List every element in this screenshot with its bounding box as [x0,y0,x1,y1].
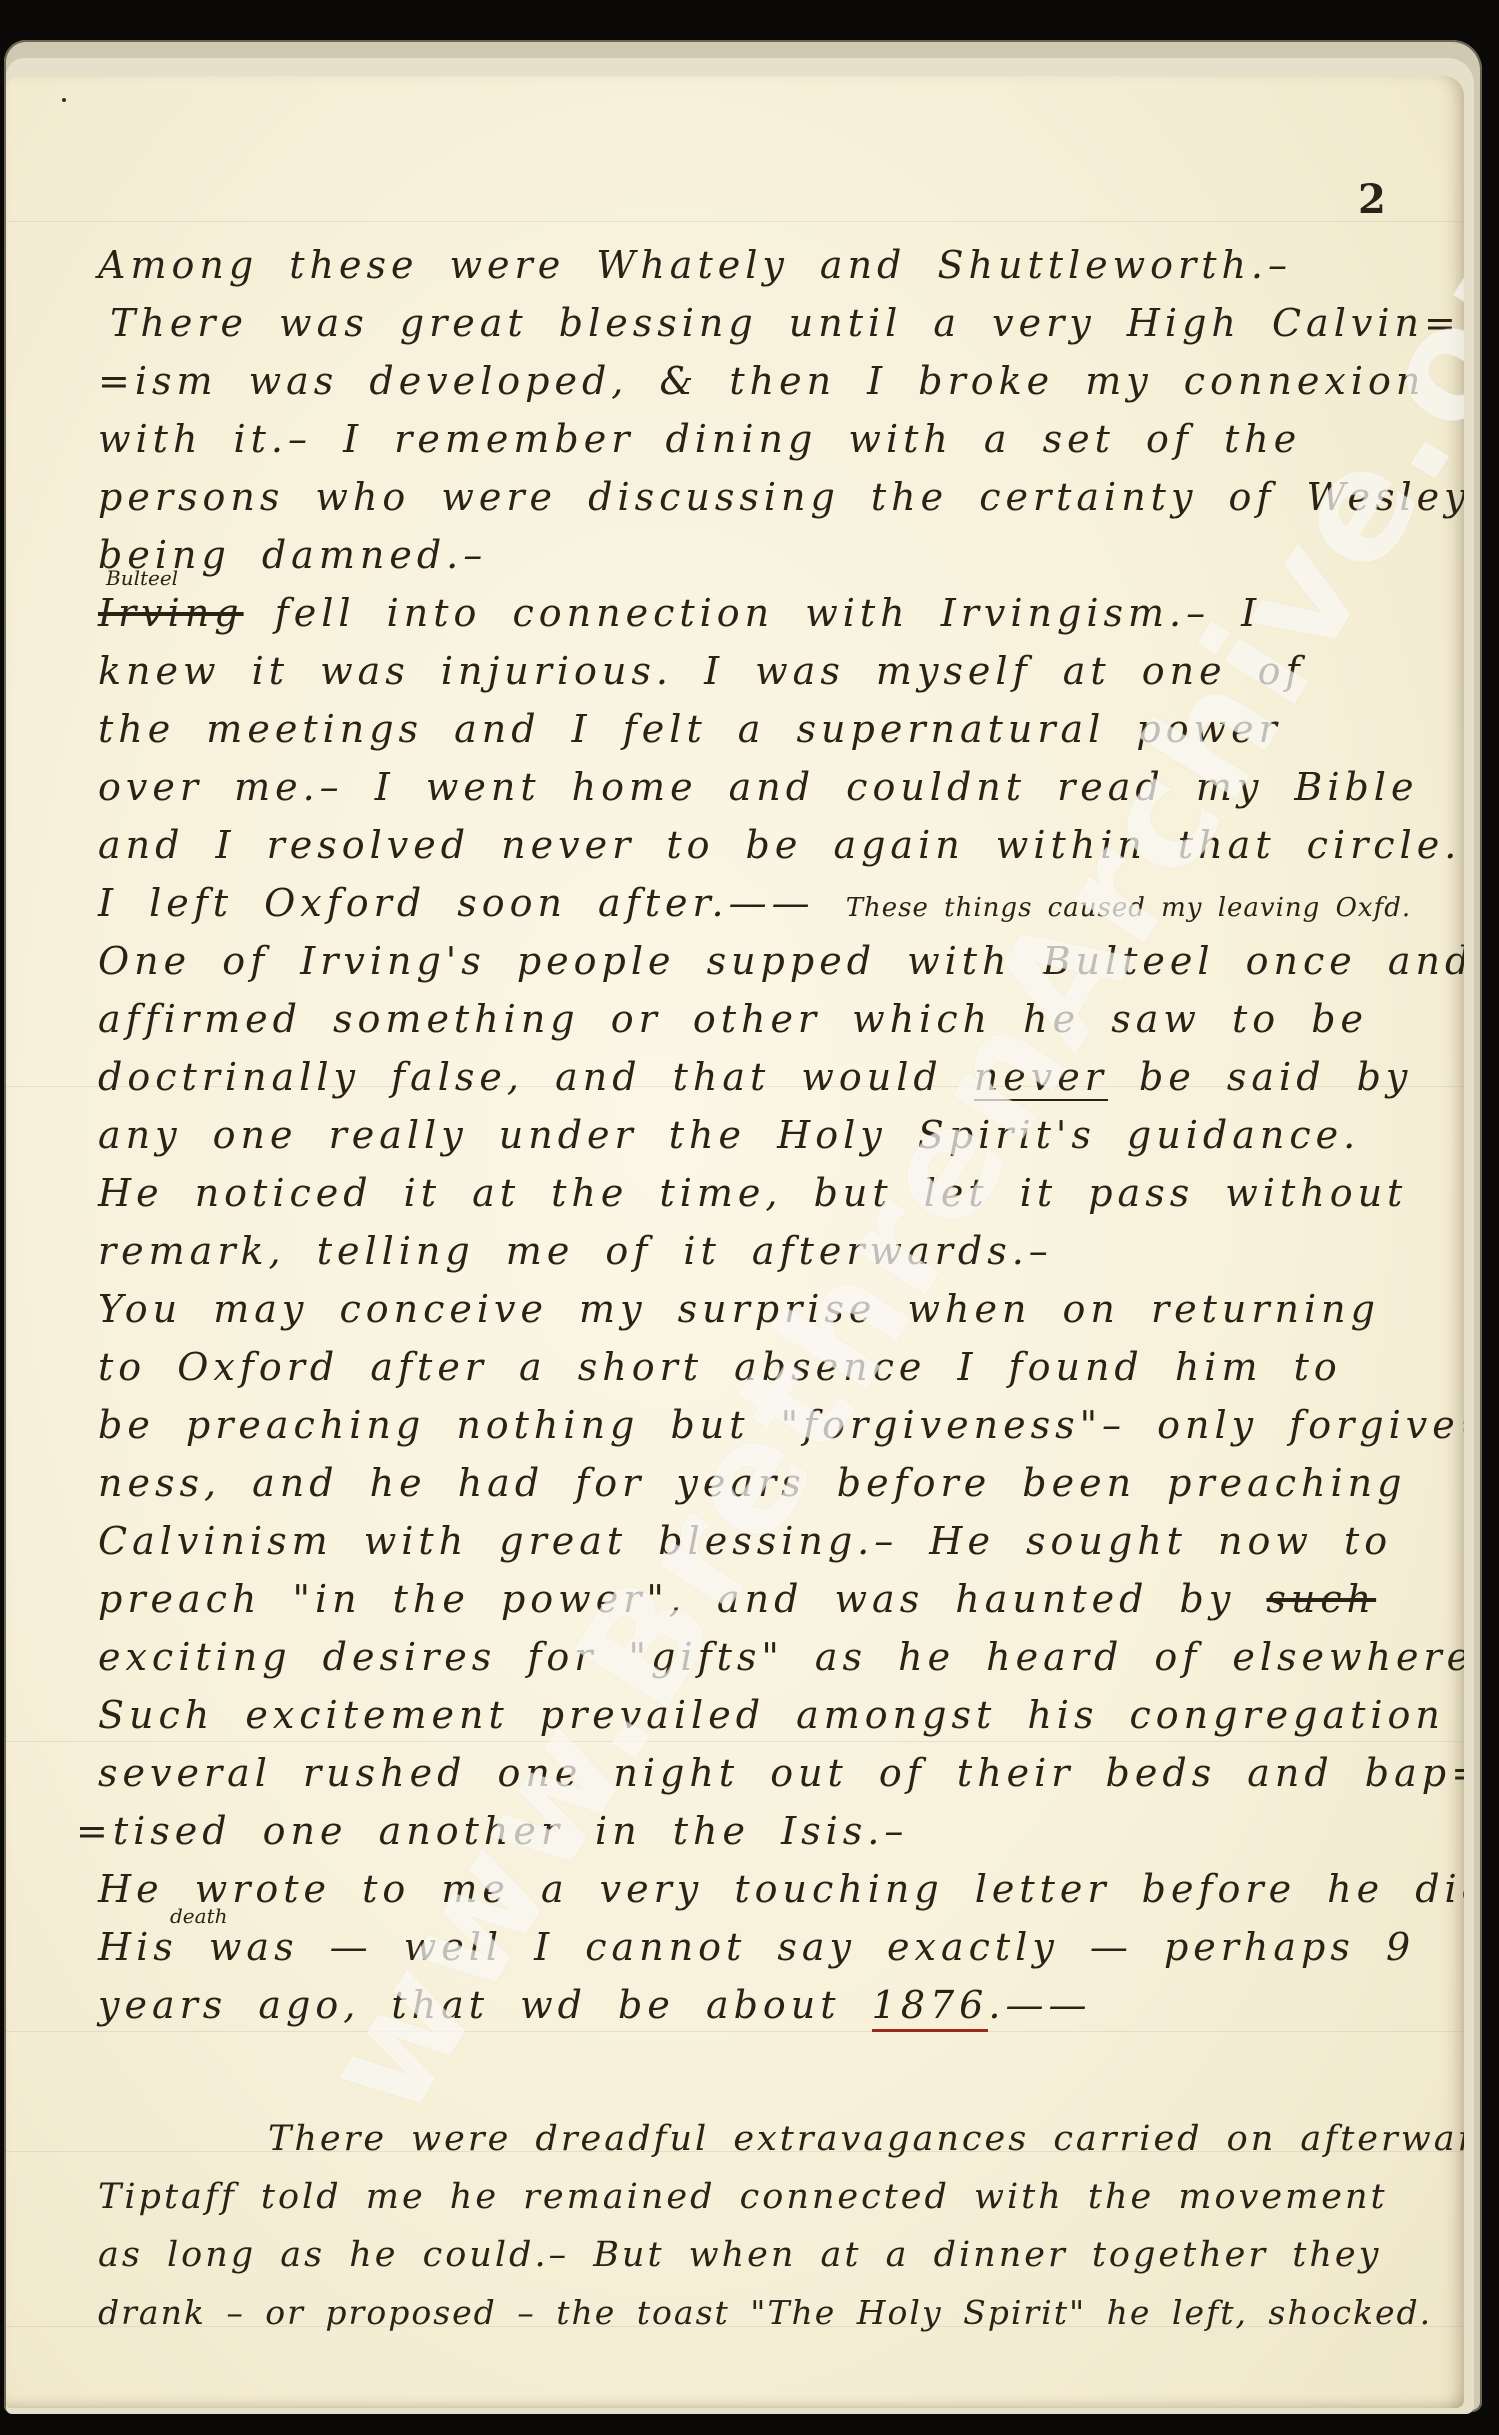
manuscript-line-28: =tised one another in the Isis.– [76,1812,908,1850]
inserted-word: Bulteel [106,568,178,588]
line-text: doctrinally false, and that would [98,1055,943,1099]
manuscript-line-2: There was great blessing until a very Hi… [110,304,1461,342]
manuscript-line-7: Irving Bulteel fell into connection with… [98,594,1261,632]
manuscript-line-16: any one really under the Holy Spirit's g… [98,1116,1360,1154]
manuscript-line-24: preach "in the power", and was haunted b… [98,1580,1376,1618]
manuscript-line-4: with it.– I remember dining with a set o… [98,420,1301,458]
ink-speck [62,98,66,102]
red-underlined-year: 1876 [872,1983,989,2032]
ruled-line [6,221,1464,222]
manuscript-page: 2 Among these were Whately and Shuttlewo… [6,76,1464,2408]
marginal-note: These things caused my leaving Oxfd. [846,893,1411,923]
manuscript-line-13: One of Irving's people supped with Bulte… [98,942,1464,980]
underlined-word: never [974,1055,1108,1101]
manuscript-line-8: knew it was injurious. I was myself at o… [98,652,1305,690]
manuscript-line-22: ness, and he had for years before been p… [98,1464,1406,1502]
manuscript-line-12: I left Oxford soon after.—— These things… [98,884,1411,922]
line-prefix: His [98,1925,178,1969]
manuscript-line-21: be preaching nothing but "forgiveness"– … [98,1406,1464,1444]
page-number: 2 [1358,176,1386,223]
manuscript-line-9: the meetings and I felt a supernatural p… [98,710,1282,748]
manuscript-line-19: You may conceive my surprise when on ret… [98,1290,1380,1328]
line-text: was — well I cannot say exactly — perhap… [209,1925,1415,1969]
manuscript-line-15: doctrinally false, and that would never … [98,1058,1412,1096]
manuscript-line-5: persons who were discussing the certaint… [98,478,1464,516]
ruled-line [6,2031,1464,2032]
line-text: preach "in the power", and was haunted b… [98,1577,1235,1621]
ruled-line [6,1741,1464,1742]
manuscript-line-1: Among these were Whately and Shuttlewort… [98,246,1292,284]
manuscript-line-20: to Oxford after a short absence I found … [98,1348,1342,1386]
line-text: I left Oxford soon after.—— [98,881,815,925]
inserted-word: death [170,1906,227,1926]
manuscript-line-32: There were dreadful extravagances carrie… [268,2122,1464,2157]
manuscript-line-35: drank – or proposed – the toast "The Hol… [98,2296,1432,2329]
manuscript-line-34: as long as he could.– But when at a dinn… [98,2238,1381,2273]
line-tail: be said by [1139,1055,1412,1099]
manuscript-line-27: several rushed one night out of their be… [98,1754,1464,1792]
manuscript-line-29: He wrote to me a very touching letter be… [98,1870,1464,1908]
struck-word: Irving [98,591,244,635]
manuscript-line-17: He noticed it at the time, but let it pa… [98,1174,1407,1212]
manuscript-line-33: Tiptaff told me he remained connected wi… [98,2180,1388,2215]
manuscript-line-11: and I resolved never to be again within … [98,826,1461,864]
line-tail: .—— [988,1983,1091,2027]
manuscript-line-3: =ism was developed, & then I broke my co… [98,362,1425,400]
manuscript-line-31: years ago, that wd be about 1876.—— [98,1986,1091,2024]
struck-word: such [1266,1577,1376,1621]
manuscript-line-14: affirmed something or other which he saw… [98,1000,1368,1038]
line-text: fell into connection with Irvingism.– I [275,591,1261,635]
manuscript-line-30: His death was — well I cannot say exactl… [98,1928,1415,1966]
manuscript-line-26: Such excitement prevailed amongst his co… [98,1696,1464,1734]
manuscript-line-23: Calvinism with great blessing.– He sough… [98,1522,1392,1560]
manuscript-line-25: exciting desires for "gifts" as he heard… [98,1638,1464,1676]
line-text: years ago, that wd be about [98,1983,841,2027]
manuscript-line-10: over me.– I went home and couldnt read m… [98,768,1418,806]
manuscript-line-18: remark, telling me of it afterwards.– [98,1232,1053,1270]
